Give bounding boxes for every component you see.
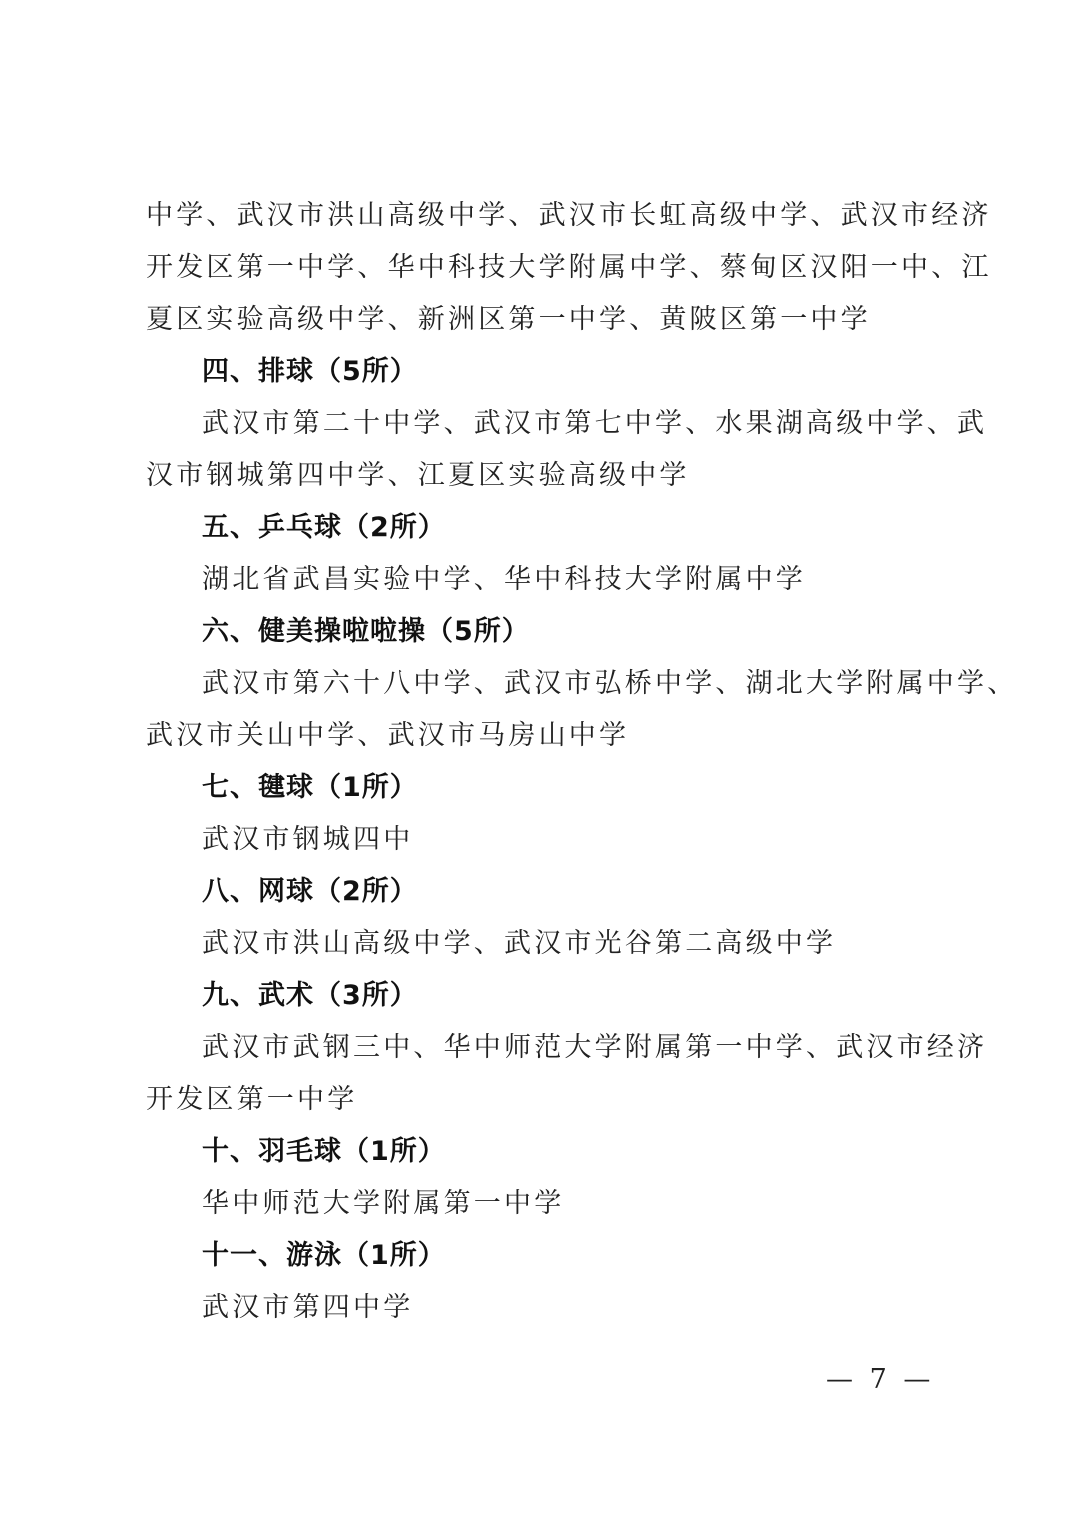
paragraph-line: 汉市钢城第四中学、江夏区实验高级中学 xyxy=(146,450,946,502)
paragraph-line: 武汉市第四中学 xyxy=(202,1282,1002,1334)
section-heading-badminton: 十、羽毛球（1所） xyxy=(202,1126,1002,1178)
section-heading-swimming: 十一、游泳（1所） xyxy=(202,1230,1002,1282)
paragraph-line: 开发区第一中学 xyxy=(146,1074,946,1126)
paragraph-line: 武汉市第六十八中学、武汉市弘桥中学、湖北大学附属中学、 xyxy=(202,658,1002,710)
paragraph-line: 武汉市武钢三中、华中师范大学附属第一中学、武汉市经济 xyxy=(202,1022,1002,1074)
paragraph-line: 夏区实验高级中学、新洲区第一中学、黄陂区第一中学 xyxy=(146,294,946,346)
paragraph-line: 武汉市关山中学、武汉市马房山中学 xyxy=(146,710,946,762)
section-heading-volleyball: 四、排球（5所） xyxy=(202,346,1002,398)
paragraph-line: 武汉市第二十中学、武汉市第七中学、水果湖高级中学、武 xyxy=(202,398,1002,450)
page-number: — 7 — xyxy=(826,1360,934,1400)
section-heading-shuttlecock: 七、毽球（1所） xyxy=(202,762,1002,814)
section-heading-martial-arts: 九、武术（3所） xyxy=(202,970,1002,1022)
paragraph-line: 武汉市洪山高级中学、武汉市光谷第二高级中学 xyxy=(202,918,1002,970)
paragraph-line: 中学、武汉市洪山高级中学、武汉市长虹高级中学、武汉市经济 xyxy=(146,190,946,242)
paragraph-line: 开发区第一中学、华中科技大学附属中学、蔡甸区汉阳一中、江 xyxy=(146,242,946,294)
paragraph-line: 华中师范大学附属第一中学 xyxy=(202,1178,1002,1230)
section-heading-table-tennis: 五、乒乓球（2所） xyxy=(202,502,1002,554)
section-heading-tennis: 八、网球（2所） xyxy=(202,866,1002,918)
paragraph-line: 湖北省武昌实验中学、华中科技大学附属中学 xyxy=(202,554,1002,606)
paragraph-line: 武汉市钢城四中 xyxy=(202,814,1002,866)
section-heading-aerobics-cheerleading: 六、健美操啦啦操（5所） xyxy=(202,606,1002,658)
document-page: 中学、武汉市洪山高级中学、武汉市长虹高级中学、武汉市经济 开发区第一中学、华中科… xyxy=(0,0,1080,1527)
